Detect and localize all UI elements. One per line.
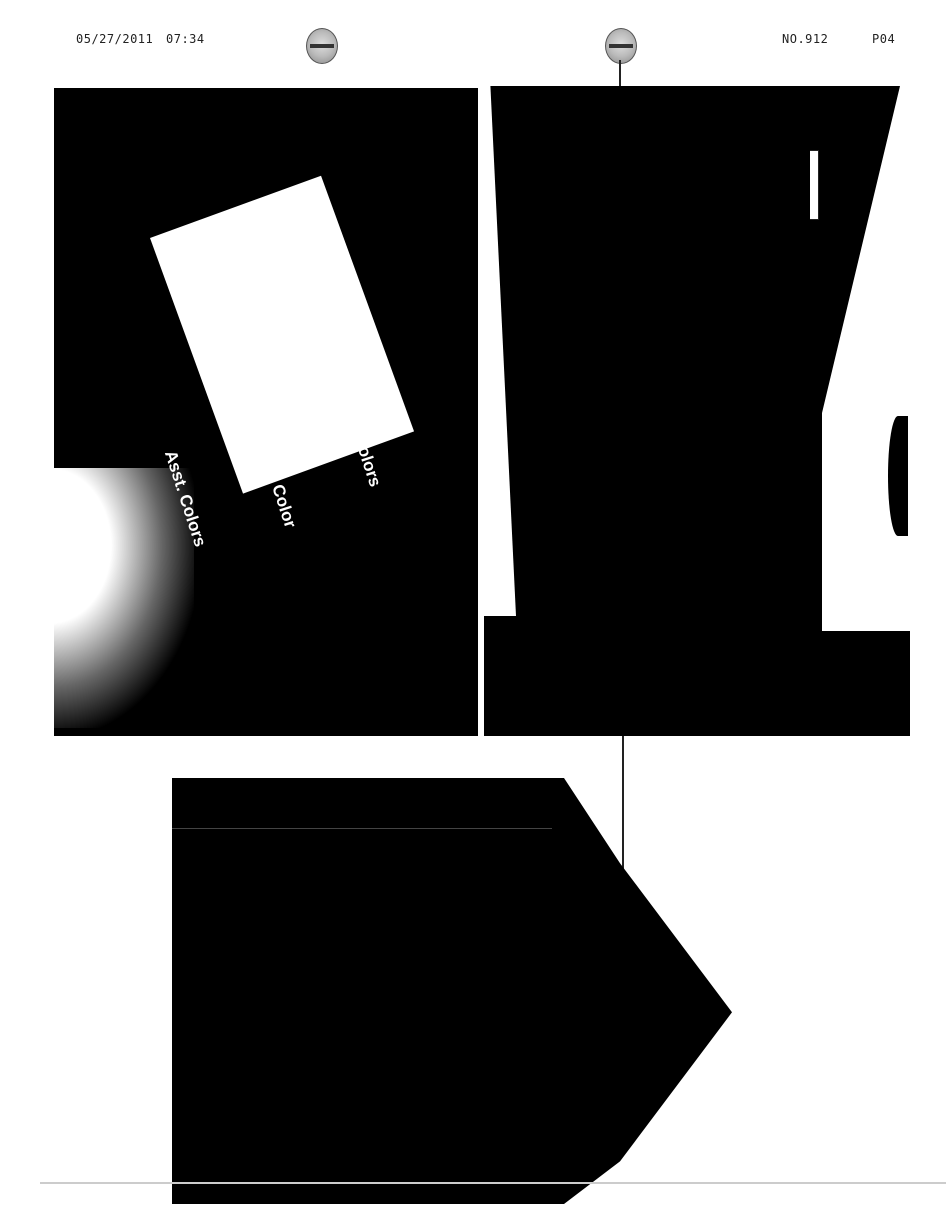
- glare: [54, 468, 194, 728]
- punch-hole-icon: [605, 28, 637, 64]
- fax-time: 07:34: [166, 32, 205, 46]
- divider-line: [622, 736, 624, 886]
- photo-top-left: Asst. Colors Asst. Color Asst. Colors: [54, 88, 478, 736]
- divider-line: [619, 60, 621, 88]
- photo-top-right: [484, 86, 910, 736]
- punch-hole-icon: [306, 28, 338, 64]
- product-card: [150, 176, 414, 494]
- photo-bottom: [172, 778, 732, 1204]
- white-panel: [810, 86, 910, 631]
- scan-line: [40, 1182, 946, 1184]
- photo-line: [172, 828, 552, 829]
- white-edge: [484, 86, 516, 616]
- bracket-mark: [810, 150, 819, 220]
- fax-number: NO.912: [782, 32, 828, 46]
- object-silhouette: [888, 416, 908, 536]
- fax-date: 05/27/2011: [76, 32, 153, 46]
- fax-page: P04: [872, 32, 895, 46]
